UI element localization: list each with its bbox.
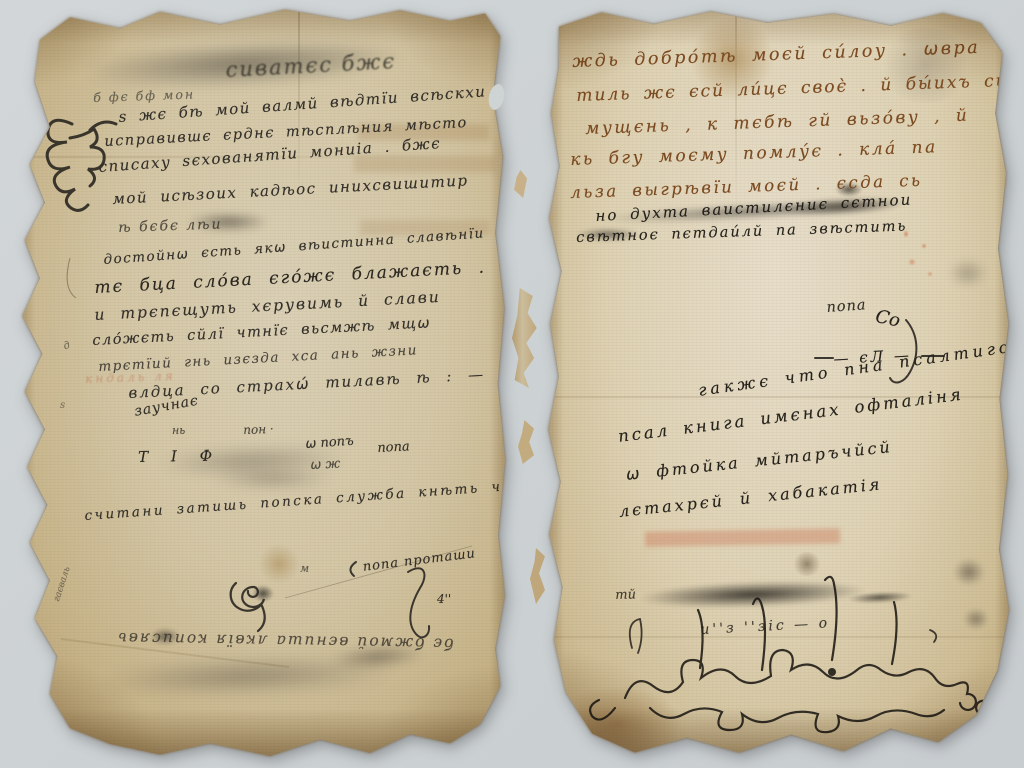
crease-line — [540, 636, 1014, 638]
manuscript-line: б фє бф мон — [93, 86, 195, 105]
edge-ink-mark — [963, 608, 989, 630]
margin-doodle: д — [62, 340, 72, 353]
left-leaf-paper: сиватєс бжє б фє бф мон ѕ жє бѣ мой валм… — [10, 6, 510, 762]
right-leaf-paper: ждь добро́тѣ моєй си́лоу . ѡвра тиль жє … — [540, 8, 1014, 760]
manuscript-word: ѡ ж — [310, 456, 341, 473]
manuscript-word: нь — [172, 424, 185, 437]
paper-fragment — [514, 170, 527, 198]
manuscript-line: мущєнь , к тєбѣ гй вьзо́ву , й — [585, 106, 970, 139]
margin-doodle: ѕ — [60, 400, 65, 411]
manuscript-line: лєтахрєй й хабакатія — [618, 474, 883, 521]
manuscript-line: мой исѣзоих кадѣос инихсвишитир — [112, 171, 469, 208]
manuscript-scan-scene: сиватєс бжє б фє бф мон ѕ жє бѣ мой валм… — [0, 0, 1024, 768]
manuscript-word: попа — [826, 297, 867, 316]
manuscript-line: гакжє что пна псалтиго — [697, 337, 1013, 400]
manuscript-word: Со — [874, 306, 902, 332]
s-flourish — [350, 562, 429, 637]
hairline-pen-stroke — [67, 258, 76, 298]
corner-stain — [552, 686, 682, 761]
brown-dot-stain — [792, 552, 822, 576]
margin-note-vertical: гаєваль — [52, 566, 73, 604]
edge-ink-mark — [953, 558, 985, 586]
manuscript-line: ѣ бєбє лѣи — [118, 216, 223, 236]
scrawl-line: и''з ''зіс — о — [700, 615, 830, 638]
edge-ink-mark — [948, 258, 988, 288]
strike-through-smear — [576, 228, 640, 241]
manuscript-word: тй — [615, 587, 636, 603]
manuscript-line: попа проташи — [362, 546, 477, 575]
blackout-scribble — [848, 590, 912, 604]
manuscript-line: тиль жє єсй ли́цє своє̀ . й бы́ихъ сь — [576, 71, 1007, 106]
manuscript-numeral: 4'' — [437, 592, 451, 606]
manuscript-line: псал книга имєнах офталіня — [617, 385, 965, 446]
bleed-through-ghost — [354, 156, 496, 172]
faded-red-strike-line — [645, 528, 840, 546]
upside-down-line: бє бжмой вєниша лквїя кописявь — [110, 629, 460, 653]
manuscript-word: попа — [377, 439, 410, 456]
scanner-background: { "scene": { "description": "Flatbed sca… — [0, 0, 1024, 768]
left-leaf: сиватєс бжє б фє бф мон ѕ жє бѣ мой валм… — [10, 6, 510, 762]
paper-fragment — [518, 420, 534, 464]
manuscript-word: пон · — [243, 422, 274, 437]
brown-round-stain — [258, 544, 300, 584]
paper-fragment — [512, 288, 538, 388]
manuscript-line: кь бгу моєму помлу́є . кла́ па — [570, 137, 938, 170]
blackout-scribble — [640, 578, 866, 611]
manuscript-letter: м — [300, 562, 309, 575]
ink-dot — [252, 585, 274, 602]
right-leaf: ждь добро́тѣ моєй си́лоу . ѡвра тиль жє … — [540, 8, 1014, 760]
manuscript-letters-tif: Т І Ф — [138, 447, 221, 466]
